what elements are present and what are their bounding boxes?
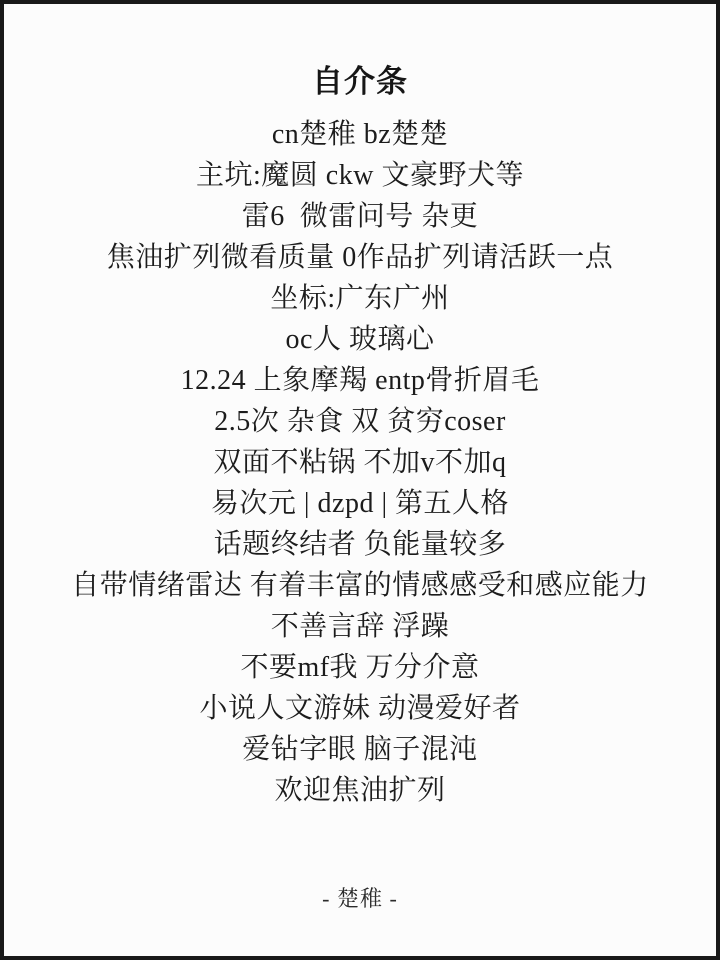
intro-line: 欢迎焦油扩列: [4, 770, 716, 811]
intro-line: 不善言辞 浮躁: [4, 606, 716, 647]
intro-lines: cn楚稚 bz楚楚 主坑:魔圆 ckw 文豪野犬等 雷6 微雷问号 杂更 焦油扩…: [4, 114, 716, 811]
intro-line: 易次元 | dzpd | 第五人格: [4, 483, 716, 524]
intro-line: 双面不粘锅 不加v不加q: [4, 442, 716, 483]
intro-line: cn楚稚 bz楚楚: [4, 114, 716, 155]
intro-line: 话题终结者 负能量较多: [4, 524, 716, 565]
intro-line: oc人 玻璃心: [4, 319, 716, 360]
intro-line: 焦油扩列微看质量 0作品扩列请活跃一点: [4, 237, 716, 278]
intro-line: 不要mf我 万分介意: [4, 647, 716, 688]
intro-line: 小说人文游妹 动漫爱好者: [4, 688, 716, 729]
page-title: 自介条: [4, 4, 716, 100]
intro-line: 2.5次 杂食 双 贫穷coser: [4, 401, 716, 442]
signature: - 楚稚 -: [4, 886, 716, 912]
intro-line: 主坑:魔圆 ckw 文豪野犬等: [4, 155, 716, 196]
intro-card: 自介条 cn楚稚 bz楚楚 主坑:魔圆 ckw 文豪野犬等 雷6 微雷问号 杂更…: [0, 0, 720, 960]
intro-line: 爱钻字眼 脑子混沌: [4, 729, 716, 770]
intro-line: 自带情绪雷达 有着丰富的情感感受和感应能力: [4, 565, 716, 606]
intro-line: 12.24 上象摩羯 entp骨折眉毛: [4, 360, 716, 401]
intro-line: 坐标:广东广州: [4, 278, 716, 319]
intro-line: 雷6 微雷问号 杂更: [4, 196, 716, 237]
